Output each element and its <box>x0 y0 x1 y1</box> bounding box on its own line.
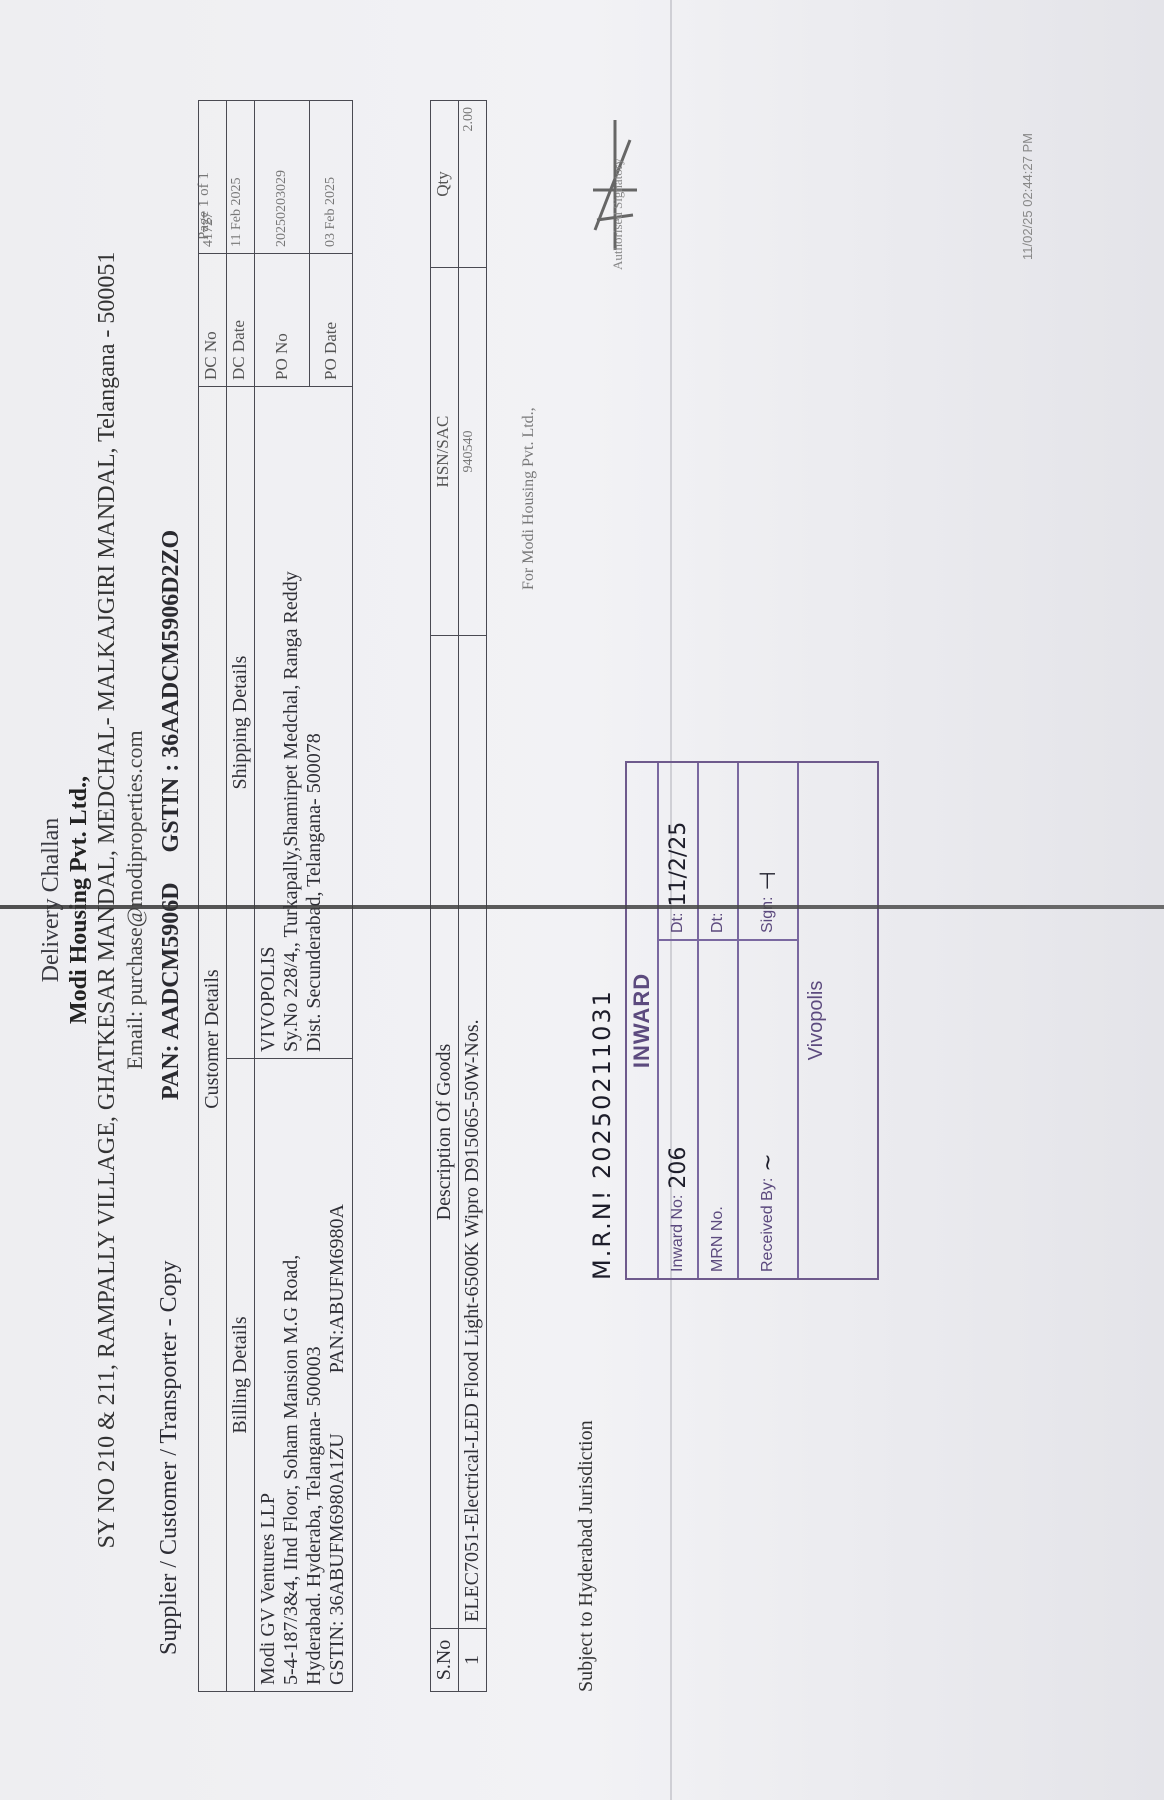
inward-no-value: 206 <box>666 1147 691 1189</box>
stamp-site: Vivopolis <box>799 763 828 1278</box>
company-address: SY NO 210 & 211, RAMPALLY VILLAGE, GHATK… <box>94 0 121 1800</box>
authorised-signatory: Authorised Signatory <box>610 158 626 270</box>
dc-no-value: 41727 <box>199 101 227 254</box>
stamp-title: INWARD <box>627 763 659 1278</box>
sign-label: Sign: <box>759 897 777 933</box>
inward-dt-label: Dt: <box>669 913 687 933</box>
col-qty: Qty <box>431 101 459 268</box>
inward-no-label: Inward No: <box>669 1195 687 1272</box>
billing-line-2: Hyderabad. Hyderaba, Telangana- 500003 <box>303 1065 326 1685</box>
row-hsn: 940540 <box>459 268 487 636</box>
billing-address: Modi GV Ventures LLP 5-4-187/3&4, IInd F… <box>255 1059 353 1692</box>
billing-pan: PAN:ABUFM6980A <box>326 1204 348 1373</box>
tax-ids: PAN: AADCM5906DGSTIN : 36AADCM5906D2ZO <box>158 500 185 1100</box>
received-by-signature: ~ <box>756 1153 781 1171</box>
customer-table: Customer Details DC No 41727 Billing Det… <box>198 100 353 1692</box>
for-company: For Modi Housing Pvt. Ltd., <box>520 407 538 590</box>
col-hsn: HSN/SAC <box>431 268 459 636</box>
row-sno: 1 <box>459 1629 487 1692</box>
inward-dt-value: 11/2/25 <box>666 822 691 907</box>
print-timestamp: 11/02/25 02:44:27 PM <box>1020 133 1035 260</box>
col-description: Description Of Goods <box>431 636 459 1629</box>
billing-gstin: GSTIN: 36ABUFM6980A1ZUPAN:ABUFM6980A <box>326 1065 349 1685</box>
po-no-value: 20250203029 <box>255 101 310 254</box>
delivery-challan: Delivery Challan Modi Housing Pvt. Ltd.,… <box>0 0 1164 1800</box>
mrn-no-label: MRN No. <box>709 1206 727 1272</box>
goods-table: S.No Description Of Goods HSN/SAC Qty 1 … <box>430 100 487 1692</box>
company-gstin: GSTIN : 36AADCM5906D2ZO <box>158 530 184 853</box>
dc-date-label: DC Date <box>227 254 255 387</box>
billing-name: Modi GV Ventures LLP <box>257 1065 280 1685</box>
mrn-handwritten: M.R.N! 20250211031 <box>588 989 616 1280</box>
shipping-line-2: Dist. Secunderabad, Telangana- 500078 <box>303 393 326 1052</box>
row-description: ELEC7051-Electrical-LED Flood Light-6500… <box>459 636 487 1629</box>
customer-details-header: Customer Details <box>199 387 227 1692</box>
sign-mark: ⊣ <box>756 871 781 890</box>
shipping-name: VIVOPOLIS <box>257 393 280 1052</box>
company-email: Email: purchase@modiproperties.com <box>122 0 148 1800</box>
dc-no-label: DC No <box>199 254 227 387</box>
dc-date-value: 11 Feb 2025 <box>227 101 255 254</box>
po-no-label: PO No <box>255 254 310 387</box>
billing-line-1: 5-4-187/3&4, IInd Floor, Soham Mansion M… <box>280 1065 303 1685</box>
company-name: Modi Housing Pvt. Ltd., <box>66 0 93 1800</box>
po-date-label: PO Date <box>310 254 353 387</box>
billing-details-header: Billing Details <box>227 1059 255 1692</box>
po-date-value: 03 Feb 2025 <box>310 101 353 254</box>
copy-label: Supplier / Customer / Transporter - Copy <box>156 1260 183 1655</box>
table-row: 1 ELEC7051-Electrical-LED Flood Light-65… <box>459 101 487 1692</box>
doc-title: Delivery Challan <box>38 0 65 1800</box>
shipping-line-1: Sy.No 228/4,, Turkapally,Shamirpet Medch… <box>280 393 303 1052</box>
shipping-details-header: Shipping Details <box>227 387 255 1059</box>
company-pan: PAN: AADCM5906D <box>158 882 184 1100</box>
shipping-address: VIVOPOLIS Sy.No 228/4,, Turkapally,Shami… <box>255 387 353 1059</box>
col-sno: S.No <box>431 1629 459 1692</box>
received-by-label: Received By: <box>759 1178 777 1272</box>
inward-stamp: INWARD Inward No:206 Dt:11/2/25 MRN No. … <box>625 761 879 1280</box>
mrn-dt-label: Dt: <box>709 913 727 933</box>
jurisdiction-note: Subject to Hyderabad Jurisdiction <box>575 1420 598 1692</box>
fold-line-horizontal <box>0 905 1164 909</box>
row-qty: 2.00 <box>459 101 487 268</box>
